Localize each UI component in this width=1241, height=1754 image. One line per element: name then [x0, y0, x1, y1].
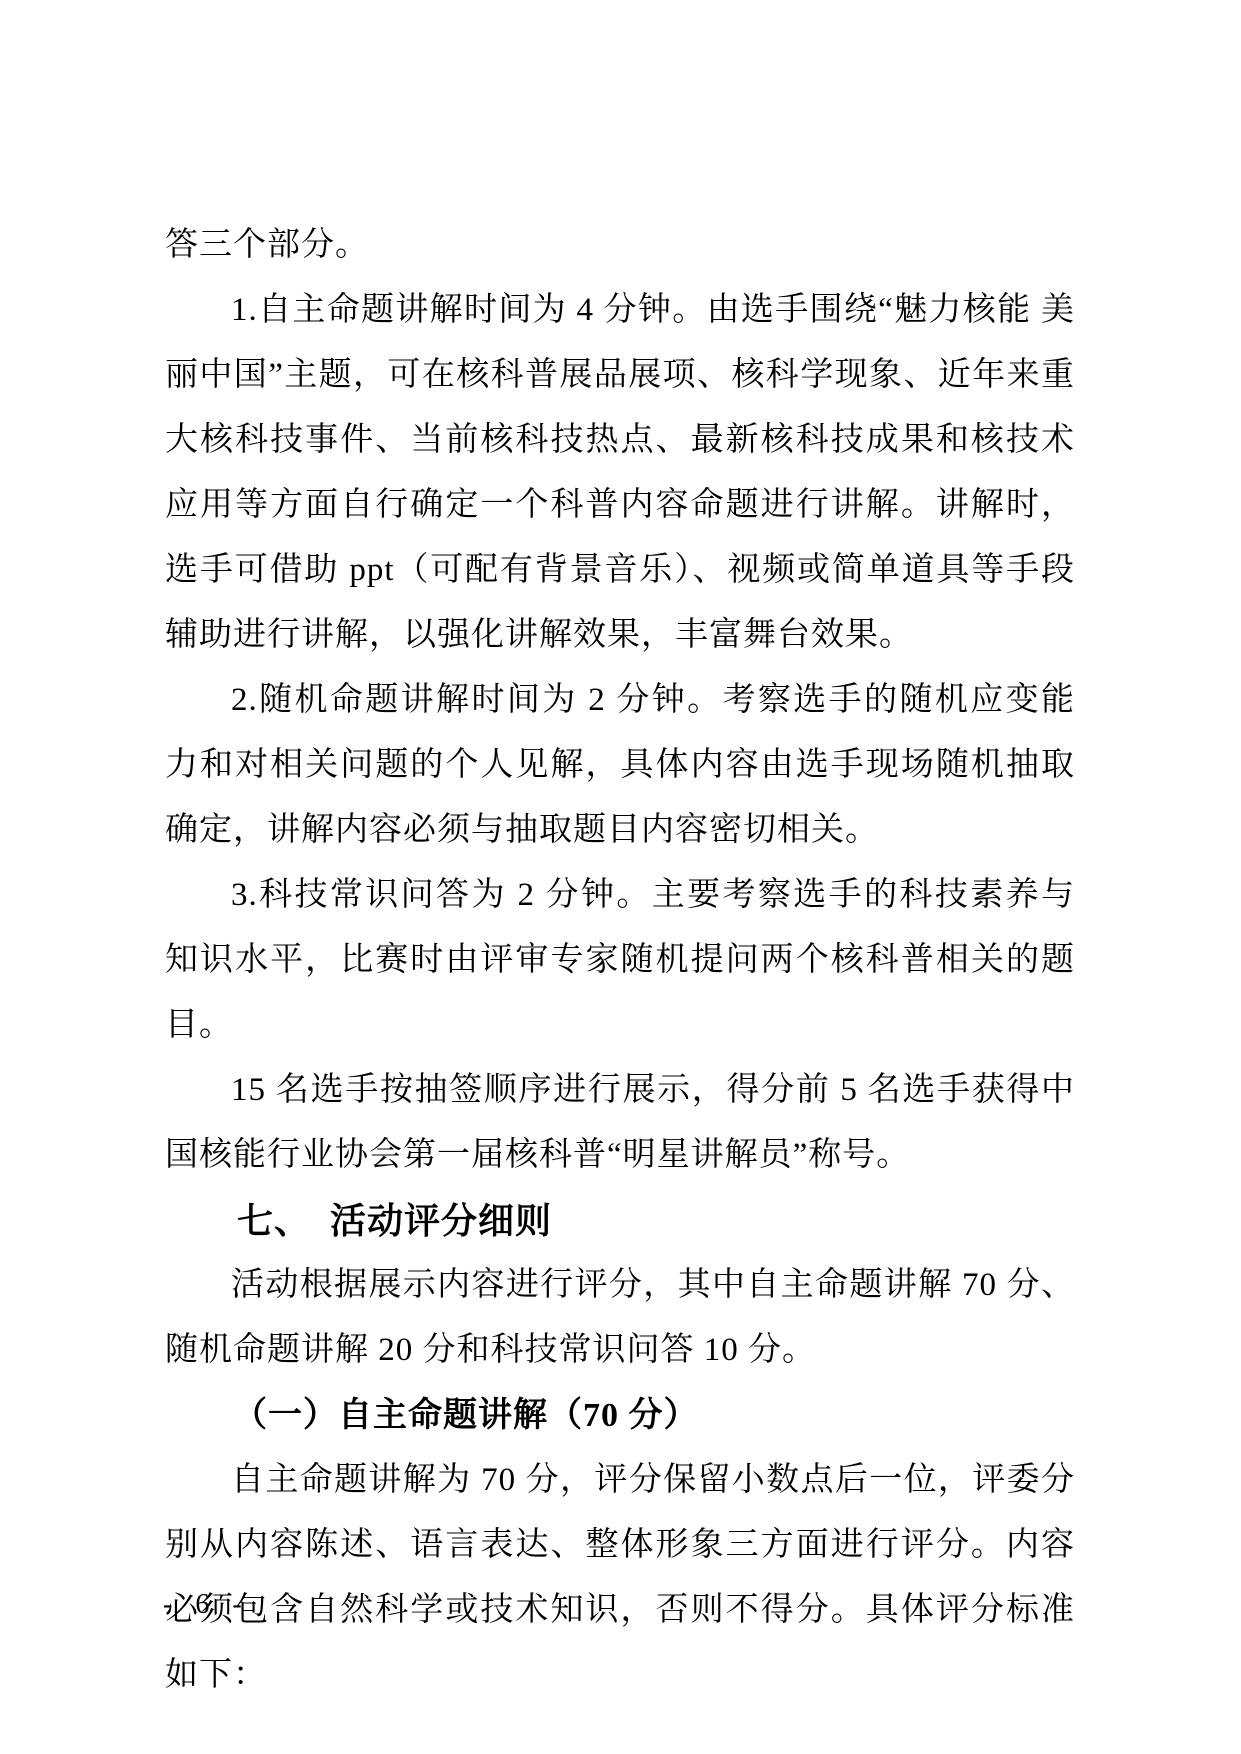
page-number: - 6 -: [163, 1589, 250, 1621]
paragraph-item-3-quiz: 3.科技常识问答为 2 分钟。主要考察选手的科技素养与知识水平，比赛时由评审专家…: [165, 863, 1075, 1058]
document-body: 答三个部分。 1.自主命题讲解时间为 4 分钟。由选手围绕“魅力核能 美丽中国”…: [165, 213, 1075, 1708]
subsection-heading-self-topic-70: （一）自主命题讲解（70 分）: [165, 1383, 1075, 1448]
document-page: 答三个部分。 1.自主命题讲解时间为 4 分钟。由选手围绕“魅力核能 美丽中国”…: [0, 0, 1241, 1754]
paragraph-scoring-overview: 活动根据展示内容进行评分，其中自主命题讲解 70 分、随机命题讲解 20 分和科…: [165, 1253, 1075, 1383]
section-heading-scoring-rules: 七、 活动评分细则: [165, 1188, 1075, 1253]
paragraph-scoring-detail: 自主命题讲解为 70 分，评分保留小数点后一位，评委分别从内容陈述、语言表达、整…: [165, 1448, 1075, 1708]
paragraph-contestants-award: 15 名选手按抽签顺序进行展示，得分前 5 名选手获得中国核能行业协会第一届核科…: [165, 1058, 1075, 1188]
paragraph-continuation: 答三个部分。: [165, 213, 1075, 278]
paragraph-item-1-self-topic: 1.自主命题讲解时间为 4 分钟。由选手围绕“魅力核能 美丽中国”主题，可在核科…: [165, 278, 1075, 668]
paragraph-item-2-random-topic: 2.随机命题讲解时间为 2 分钟。考察选手的随机应变能力和对相关问题的个人见解，…: [165, 668, 1075, 863]
